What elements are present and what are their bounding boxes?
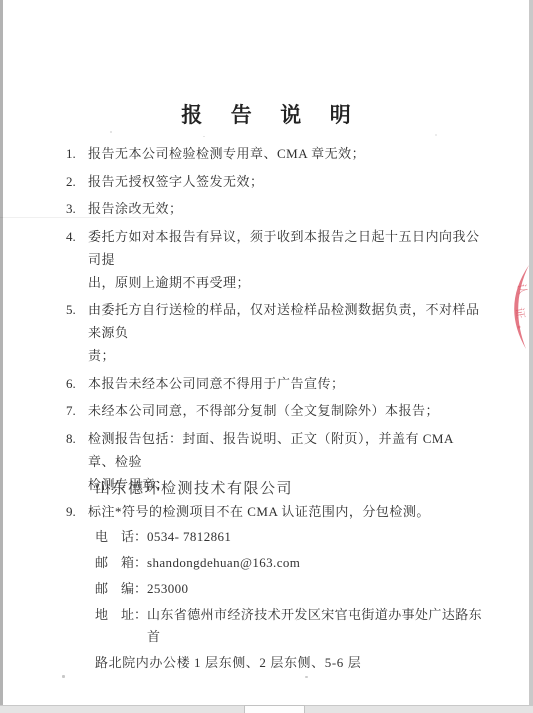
note-text: 标注*符号的检测项目不在 CMA 认证范围内，分包检测。 — [88, 500, 482, 523]
seal-char-top: 认 — [514, 282, 530, 295]
scan-speck — [110, 131, 112, 133]
note-text: 委托方如对本报告有异议，须于收到本报告之日起十五日内向我公司提 — [88, 225, 482, 271]
email-label: 邮 箱： — [95, 552, 147, 574]
scan-speck — [435, 134, 437, 136]
note-item-2: 2. 报告无授权签字人签发无效； — [66, 170, 482, 193]
postcode-label: 邮 编： — [95, 578, 147, 600]
note-text: 报告无本公司检验检测专用章、CMA 章无效； — [88, 142, 482, 165]
note-text: 检测报告包括：封面、报告说明、正文（附页），并盖有 CMA 章、检验 — [88, 427, 482, 473]
document-title: 报 告 说 明 — [55, 99, 483, 129]
note-item-5: 5. 由委托方自行送检的样品，仅对送检样品检测数据负责，不对样品来源负责； — [66, 298, 482, 367]
address-label: 地 址： — [95, 604, 147, 648]
contact-info-block: 电 话： 0534- 7812861 邮 箱： shandongdehuan@1… — [95, 526, 495, 674]
seal-dot — [518, 326, 521, 329]
red-seal-stamp: 认 证 — [502, 264, 532, 350]
note-number: 8. — [66, 427, 88, 496]
seal-arc — [514, 265, 529, 349]
note-text: 出，原则上逾期不再受理； — [88, 271, 482, 294]
note-number: 7. — [66, 399, 88, 422]
note-text: 责； — [88, 344, 482, 367]
page-right-edge — [529, 0, 533, 713]
note-item-9: 9. 标注*符号的检测项目不在 CMA 认证范围内，分包检测。 — [66, 500, 482, 523]
contact-row-postcode: 邮 编： 253000 — [95, 578, 495, 600]
note-text: 未经本公司同意，不得部分复制（全文复制除外）本报告； — [88, 399, 482, 422]
note-item-1: 1. 报告无本公司检验检测专用章、CMA 章无效； — [66, 142, 482, 165]
note-text: 由委托方自行送检的样品，仅对送检样品检测数据负责，不对样品来源负 — [88, 298, 482, 344]
note-item-4: 4. 委托方如对本报告有异议，须于收到本报告之日起十五日内向我公司提出，原则上逾… — [66, 225, 482, 294]
note-number: 4. — [66, 225, 88, 294]
phone-label: 电 话： — [95, 526, 147, 548]
note-number: 6. — [66, 372, 88, 395]
note-number: 2. — [66, 170, 88, 193]
contact-row-phone: 电 话： 0534- 7812861 — [95, 526, 495, 548]
note-text: 报告无授权签字人签发无效； — [88, 170, 482, 193]
contact-row-email: 邮 箱： shandongdehuan@163.com — [95, 552, 495, 574]
note-item-7: 7. 未经本公司同意，不得部分复制（全文复制除外）本报告； — [66, 399, 482, 422]
note-number: 1. — [66, 142, 88, 165]
email-value: shandongdehuan@163.com — [147, 552, 495, 574]
address-value-line2: 路北院内办公楼 1 层东侧、2 层东侧、5-6 层 — [95, 652, 495, 674]
note-text: 本报告未经本公司同意不得用于广告宣传； — [88, 372, 482, 395]
bottom-toolbar-notch — [244, 705, 305, 713]
scan-speck — [305, 676, 308, 678]
scan-streak — [0, 217, 158, 218]
seal-char-bottom: 证 — [512, 307, 527, 320]
scan-speck — [203, 136, 205, 137]
address-value-line1: 山东省德州市经济技术开发区宋官屯街道办事处广达路东首 — [147, 604, 495, 648]
note-number: 9. — [66, 500, 88, 523]
note-item-6: 6. 本报告未经本公司同意不得用于广告宣传； — [66, 372, 482, 395]
contact-row-address: 地 址： 山东省德州市经济技术开发区宋官屯街道办事处广达路东首 — [95, 604, 495, 648]
company-name: 山东德环检测技术有限公司 — [95, 477, 293, 498]
report-notes-list: 1. 报告无本公司检验检测专用章、CMA 章无效； 2. 报告无授权签字人签发无… — [66, 142, 482, 528]
note-number: 5. — [66, 298, 88, 367]
page-left-edge — [0, 0, 3, 713]
scan-speck — [62, 675, 65, 678]
phone-value: 0534- 7812861 — [147, 526, 495, 548]
postcode-value: 253000 — [147, 578, 495, 600]
